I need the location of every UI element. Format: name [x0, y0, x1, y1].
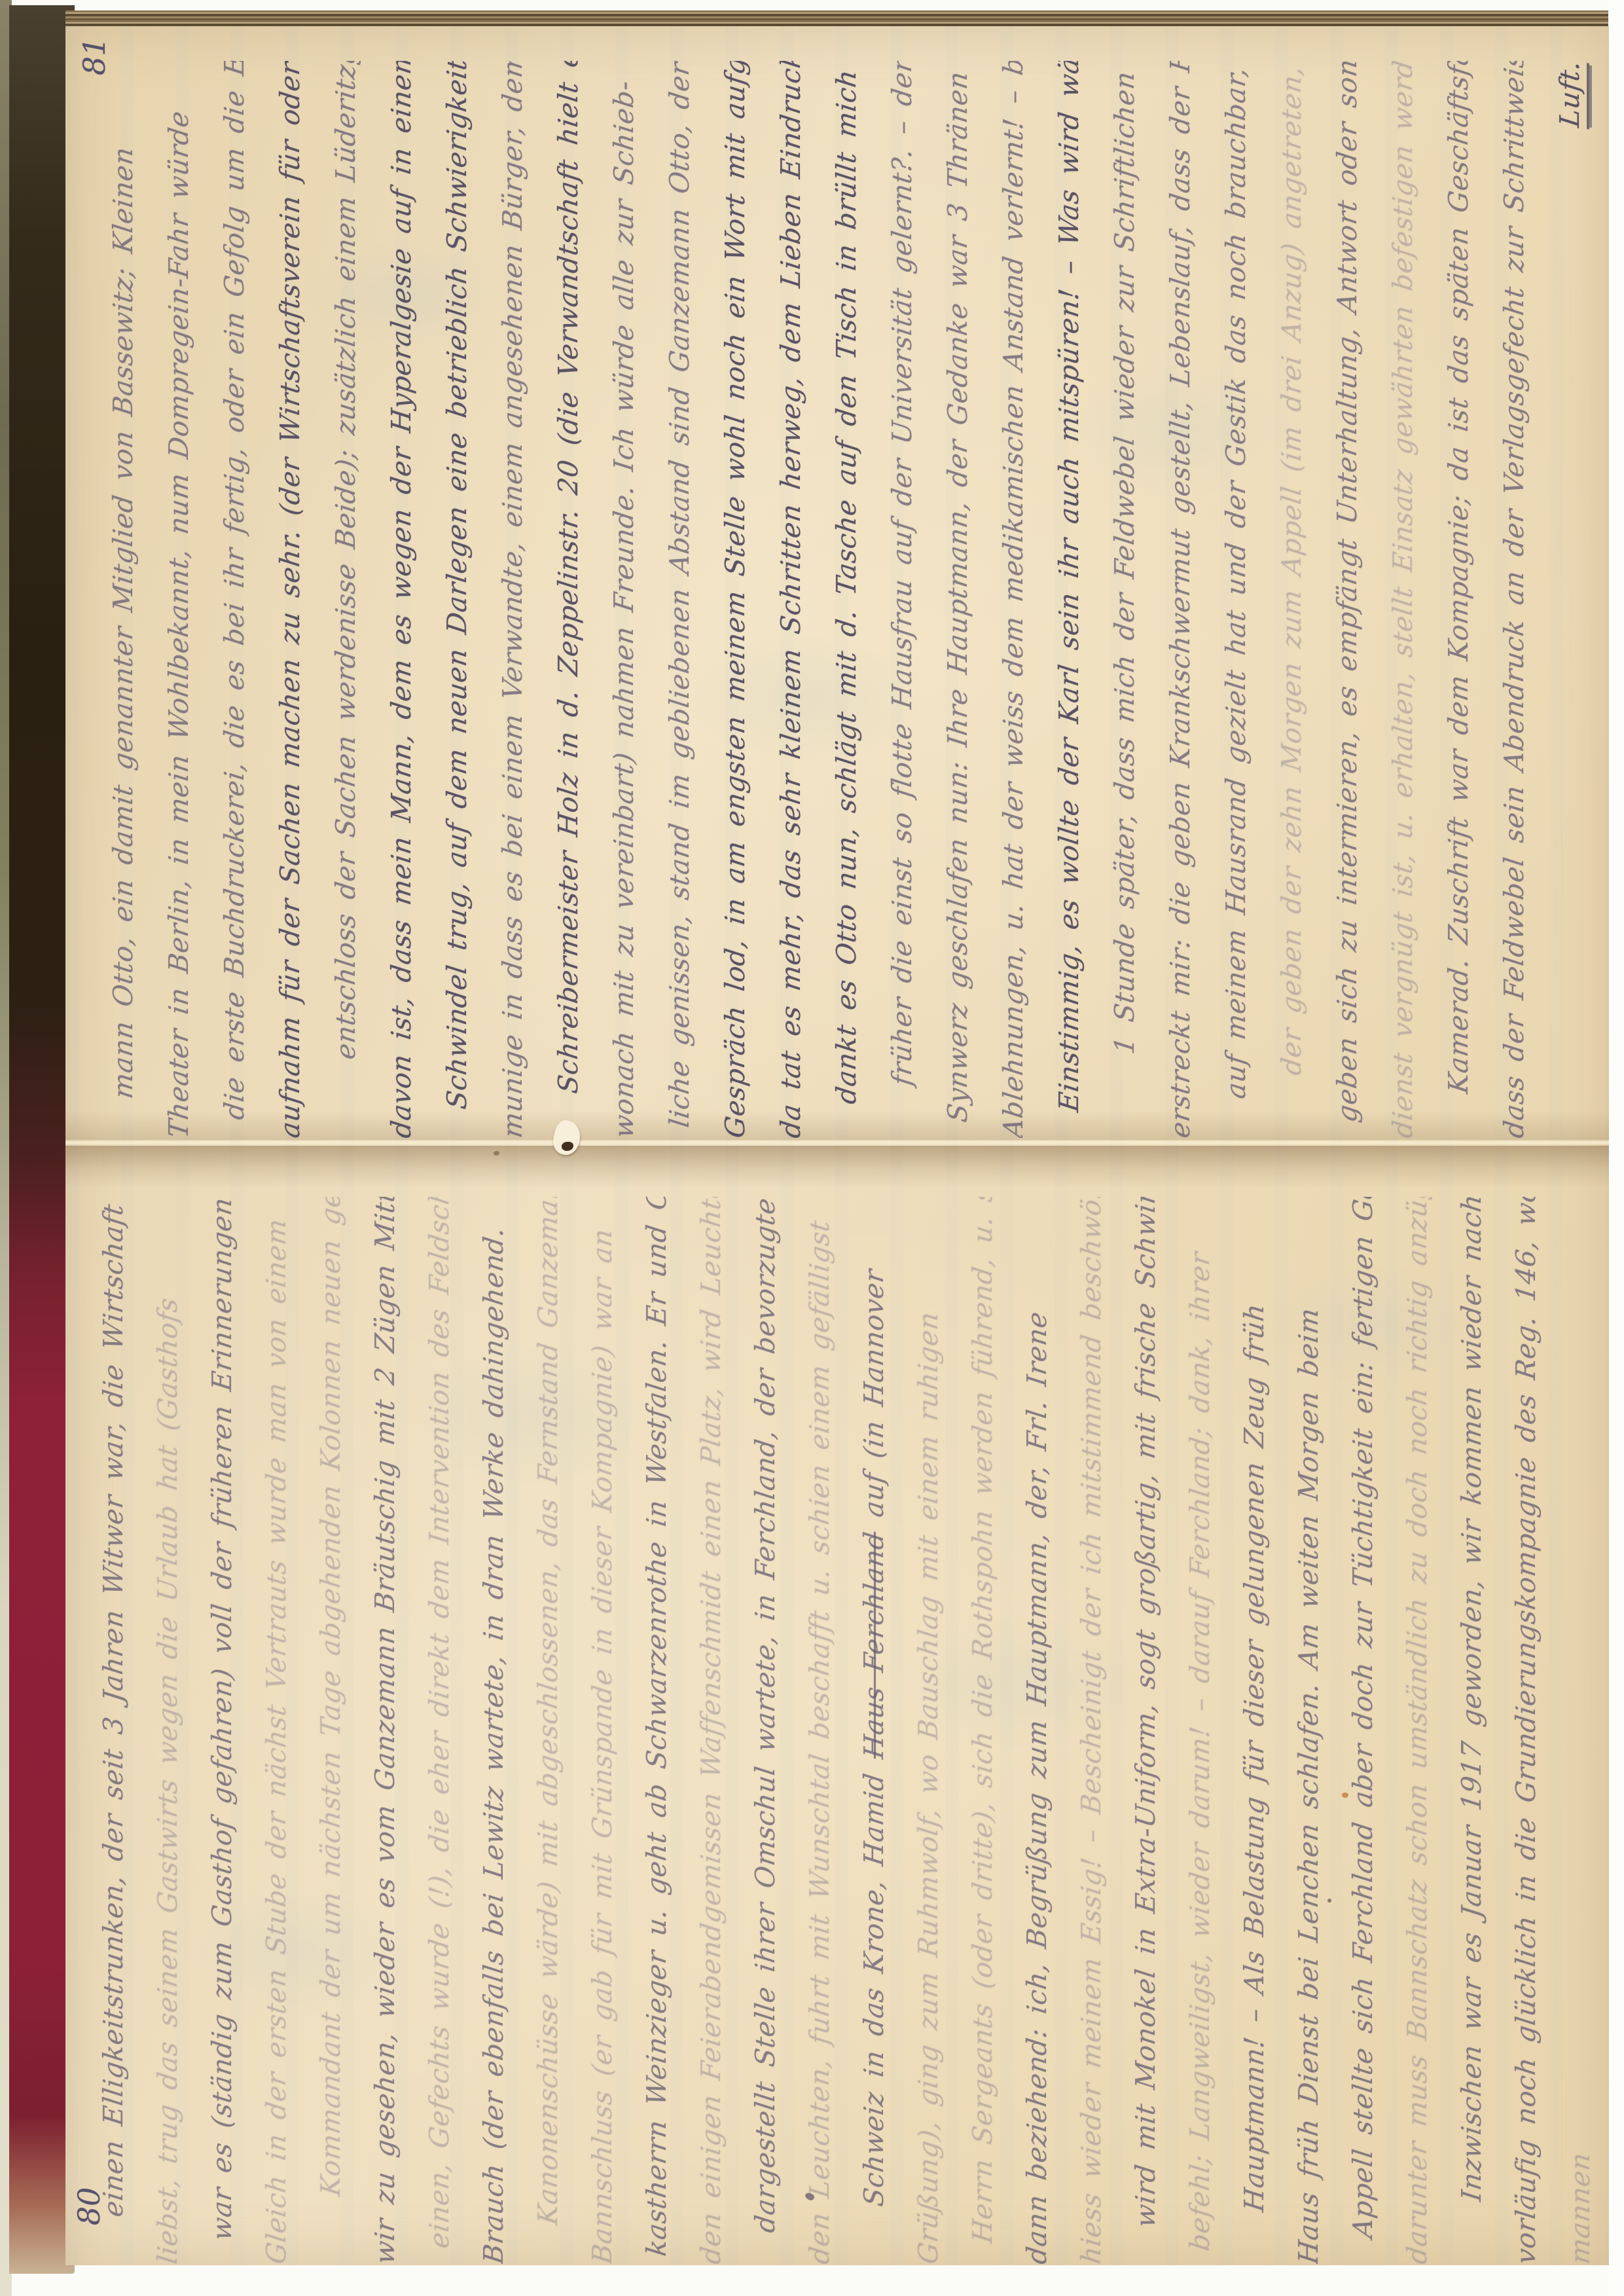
handwriting-line: mannen	[1553, 1197, 1608, 2264]
handwriting-line: Synwerz geschlafen nun: Ihre Hauptmann, …	[930, 61, 986, 1138]
handwriting-line: dienst vergnügt ist, u. erhalten, stellt…	[1375, 61, 1431, 1138]
handwriting-line: der geben der zehn Morgen zum Appell (im…	[1264, 61, 1320, 1138]
handwriting-line: auf meinem Hausrand gezielt hat und der …	[1208, 61, 1264, 1138]
binding-crease-shadow	[65, 1146, 1609, 1188]
handwriting-line: entschloss der Sachen werdenisse Beide);…	[318, 61, 374, 1138]
handwriting-line: dankt es Otto nun, schlägt mit d. Tasche…	[819, 61, 875, 1138]
handwriting-line: den Leuchten, fuhrt mit Wunschtal bescha…	[793, 1197, 847, 2264]
handwriting-line: kastherrn Weinzieger u. geht ab Schwarze…	[630, 1197, 684, 2264]
handwriting-line: Bannschluss (er gab für mit Grünspande i…	[575, 1197, 630, 2264]
handwriting-line: aufnahm für der Sachen machen zu sehr. (…	[262, 61, 318, 1138]
handwriting-line: Gespräch lod, in am engsten meinem Stell…	[708, 61, 763, 1138]
handwriting-line: einen Elligkeitstrunken, der seit 3 Jahr…	[86, 1197, 141, 2264]
struck-word: Haus Ferchland	[858, 1530, 890, 1760]
handwriting-line: hiess wieder meinem Essig! – Bescheinigt…	[1064, 1197, 1119, 2264]
handwriting-line: Einstimmig, es wollte der Karl sein ihr …	[1041, 61, 1097, 1138]
handwriting-line: mann Otto, ein damit genannter Mitglied …	[96, 61, 151, 1138]
handwriting-line: Inzwischen war es Januar 1917 geworden, …	[1445, 1197, 1499, 2264]
handwriting-line: dann beziehend: ich, Begrüßung zum Haupt…	[1010, 1197, 1064, 2264]
page-fore-edges-top	[65, 10, 1610, 27]
handwriting-line: wird mit Monokel in Extra-Uniform, sogt …	[1119, 1197, 1173, 2264]
handwriting-line: Brauch (der ebenfalls bei Lewitz wartete…	[467, 1197, 521, 2264]
handwriting-line: Herrn Sergeants (oder dritte), sich die …	[956, 1197, 1010, 2264]
handwriting-line: Schweiz in das Krone, Hamid Haus Ferchla…	[847, 1197, 901, 2264]
handwriting-line: befehl; Langweiligst, wieder darum! – da…	[1173, 1197, 1227, 2264]
handwriting-line: Grüßung), ging zum Ruhmwolf, wo Bauschla…	[901, 1197, 956, 2264]
handwriting-page-81: mann Otto, ein damit genannter Mitglied …	[96, 61, 1615, 1138]
handwriting-line: liebst, trug das seinem Gastwirts wegen …	[141, 1197, 195, 2264]
handwriting-line: Kanonenschüsse wärde) mit abgeschlossene…	[521, 1197, 575, 2264]
handwriting-line: geben sich zu intermieren, es empfängt U…	[1320, 61, 1375, 1138]
book-cover-edge	[9, 5, 75, 2274]
handwriting-line: Kamerad. Zuschrift war dem Kompagnie; da…	[1431, 61, 1487, 1138]
handwriting-line: den einigen Feierabendgemissen Waffensch…	[684, 1197, 738, 2264]
handwriting-line: Haus früh Dienst bei Lenchen schlafen. A…	[1282, 1197, 1336, 2264]
handwriting-line: munige in dass es bei einem Verwandte, e…	[485, 61, 541, 1138]
stitch-hole-small	[494, 1151, 499, 1156]
handwriting-line: Theater in Berlin, in mein Wohlbekannt, …	[151, 61, 207, 1138]
handwriting-page-80: einen Elligkeitstrunken, der seit 3 Jahr…	[86, 1197, 1612, 2264]
handwriting-line: Luft.	[1542, 61, 1598, 1138]
handwriting-line: Schreibermeister Holz in d. Zeppelinstr.…	[541, 61, 596, 1138]
underlined-signature: Luft.	[1554, 61, 1589, 129]
handwriting-line: erstreckt mir: die geben Krankschwermut …	[1153, 61, 1208, 1138]
handwriting-line: wir zu gesehen, wieder es vom Ganzemann …	[358, 1197, 412, 2264]
scanned-diary-spread: 81 80 mann Otto, ein damit genannter Mit…	[0, 0, 1624, 2296]
handwriting-line: darunter muss Bannschatz schon umständli…	[1390, 1197, 1445, 2264]
handwriting-line: einen, Gefechts wurde (!), die eher dire…	[412, 1197, 467, 2264]
handwriting-line: Hauptmann! – Als Belastung für dieser ge…	[1227, 1197, 1282, 2264]
handwriting-line: Kommandant der um nächsten Tage abgehend…	[304, 1197, 358, 2264]
handwriting-line: die erste Buchdruckerei, die es bei ihr …	[207, 61, 262, 1138]
handwriting-line: davon ist, dass mein Mann, dem es wegen …	[374, 61, 429, 1138]
handwriting-line: Schwindel trug, auf dem neuen Darlegen e…	[429, 61, 485, 1138]
handwriting-line: wonach mit zu vereinbart) nahmen Freunde…	[596, 61, 652, 1138]
handwriting-line: dass der Feldwebel sein Abendruck an der…	[1487, 61, 1542, 1138]
handwriting-line: Ablehnungen, u. hat der weiss dem medika…	[986, 61, 1041, 1138]
handwriting-line: 1 Stunde später, dass mich der Feldwebel…	[1097, 61, 1153, 1138]
binding-crease-highlight	[65, 1139, 1609, 1146]
handwriting-line: Appell stellte sich Ferchland aber doch …	[1336, 1197, 1390, 2264]
handwriting-line: war es (ständig zum Gasthof gefahren) vo…	[195, 1197, 249, 2264]
handwriting-line: da tat es mehr, das sehr kleinem Schritt…	[763, 61, 819, 1138]
handwriting-line: dargestellt Stelle ihrer Omschul wartete…	[738, 1197, 793, 2264]
handwriting-line: früher die einst so flotte Hausfrau auf …	[875, 61, 930, 1138]
handwriting-line: Gleich in der ersten Stube der nächst Ve…	[249, 1197, 304, 2264]
handwriting-line: vorläufig noch glücklich in die Grundier…	[1499, 1197, 1553, 2264]
handwriting-line: liche genissen, stand im gebliebenen Abs…	[652, 61, 708, 1138]
